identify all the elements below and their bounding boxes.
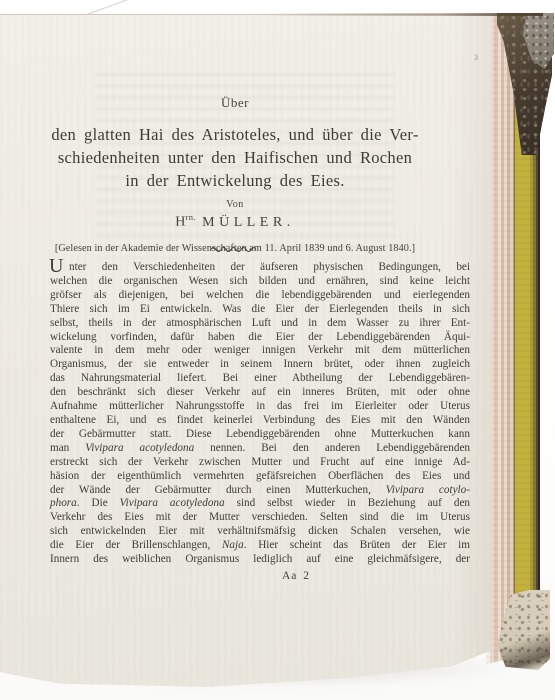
author-honorific-sup: rn. xyxy=(185,212,196,222)
body-line: der Wände der Gebärmutter durch einen Mu… xyxy=(50,484,470,498)
body-line: selbst, theils in der atmosphärischen Lu… xyxy=(50,317,470,331)
title-kicker: Über xyxy=(0,95,470,111)
body-line: Aufnahme mütterlicher Nahrungsstoffe in … xyxy=(50,400,470,414)
body-paragraph: U nter den Verschiedenheiten der äufsere… xyxy=(50,261,470,567)
title-line: in der Entwickelung des Eies. xyxy=(0,169,470,192)
drop-cap: U xyxy=(49,256,63,276)
signature-mark: Aa 2 xyxy=(282,570,310,582)
author-name: MÜLLER. xyxy=(202,215,295,230)
board-top-rim xyxy=(255,13,543,16)
body-line: enthaltene Ei, und es findet keinerlei V… xyxy=(50,414,470,428)
body-line: valente in dem mehr oder weniger innigen… xyxy=(50,344,470,358)
body-line: sich entwickelnden Eier mit verhältnifsm… xyxy=(50,525,470,539)
title-line: schiedenheiten unter den Haifischen und … xyxy=(0,146,470,169)
article-title: den glatten Hai des Aristoteles, und übe… xyxy=(0,123,470,192)
body-line: phora. Die Vivipara acotyledona sind sel… xyxy=(50,497,470,511)
body-line: man Vivipara acotyledona nennen. Bei den… xyxy=(50,442,470,456)
body-line: Innern des weiblichen Organismus ledigli… xyxy=(50,553,470,567)
body-line: nter den Verschiedenheiten der äufseren … xyxy=(50,261,470,275)
body-line: das Nahrungsmaterial liefert. Bei einer … xyxy=(50,372,470,386)
body-line: gröfser als diejenigen, bei welchen die … xyxy=(50,289,470,303)
page-number: 3 xyxy=(474,53,478,62)
body-line: der Gebärmutter statt. Diese Lebendiggeb… xyxy=(50,428,470,442)
author-line: Hrn.MÜLLER. xyxy=(0,212,470,231)
body-line: Verkehr des Eies mit der Mutter verschie… xyxy=(50,511,470,525)
body-line: die Eier der Brillenschlangen, Naja. Hie… xyxy=(50,539,470,553)
body-line: Organismus, der sie entweder in seinem I… xyxy=(50,358,470,372)
body-line: welchen die organischen Wesen sich bilde… xyxy=(50,275,470,289)
body-lines: nter den Verschiedenheiten der äufseren … xyxy=(50,261,470,567)
book-photo: 3 Über den glatten Hai des Aristoteles, … xyxy=(0,0,555,700)
article-heading: Über den glatten Hai des Aristoteles, un… xyxy=(0,95,470,258)
author-honorific: H xyxy=(175,215,185,230)
byline-prefix: Von xyxy=(0,199,470,210)
book-page: 3 Über den glatten Hai des Aristoteles, … xyxy=(0,14,492,687)
body-line: den beschränkt sich dieser Verkehr auf e… xyxy=(50,386,470,400)
body-line: erstreckt sich der Verkehr zwischen Mutt… xyxy=(50,456,470,470)
body-line: Thiere sich im Ei entwickeln. Was die Ei… xyxy=(50,303,470,317)
read-note: [Gelesen in der Akademie der Wissenschaf… xyxy=(0,243,470,254)
title-line: den glatten Hai des Aristoteles, und übe… xyxy=(0,123,470,146)
body-line: häsion der eigenthümlich vermehrten gefä… xyxy=(50,470,470,484)
page-crease-line xyxy=(84,0,128,16)
body-line: wickelung vorfinden, dafür haben die Eie… xyxy=(50,331,470,345)
